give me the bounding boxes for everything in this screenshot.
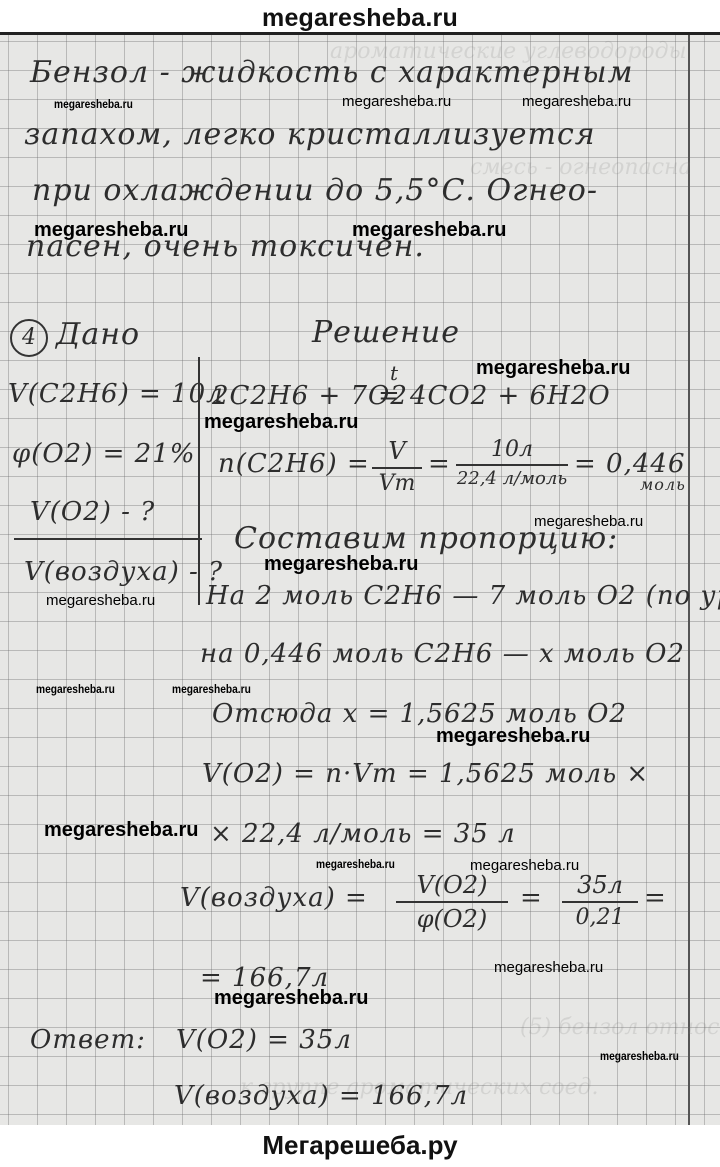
watermark: megaresheba.ru [316, 857, 395, 871]
fraction-numerator: 35л [562, 871, 638, 899]
watermark: megaresheba.ru [476, 357, 631, 380]
moles-formula-fraction: V Vm [372, 437, 422, 496]
watermark: megaresheba.ru [264, 553, 419, 576]
margin-line [688, 35, 690, 1125]
air-values-fraction: 35л 0,21 [562, 871, 638, 930]
task-number-badge: 4 [10, 319, 48, 357]
fraction-numerator: V [372, 437, 422, 465]
given-divider [14, 538, 202, 540]
given-volume-ethane: V(C2H6) = 10л [8, 379, 224, 409]
fraction-denominator: 22,4 л/моль [456, 468, 568, 489]
watermark: megaresheba.ru [342, 93, 451, 110]
oxygen-volume-line-1: V(O2) = n·Vm = 1,5625 моль × [202, 759, 649, 789]
fraction-bar [456, 464, 568, 466]
watermark: megaresheba.ru [522, 93, 631, 110]
watermark: megaresheba.ru [470, 857, 579, 874]
given-oxygen-fraction: φ(O2) = 21% [12, 439, 195, 469]
equation-sign: = [378, 381, 401, 411]
given-title: Дано [56, 317, 140, 352]
bleed-through-text: (5) бензол относится [520, 1015, 720, 1040]
watermark: megaresheba.ru [600, 1049, 679, 1063]
equals-sign: = [428, 449, 451, 479]
watermark: megaresheba.ru [352, 219, 507, 242]
air-formula-fraction: V(O2) φ(O2) [396, 871, 508, 933]
proportion-line-2: на 0,446 моль C2H6 — x моль O2 [200, 639, 685, 669]
answer-label: Ответ: [30, 1025, 146, 1055]
equals-sign: = [520, 883, 543, 913]
find-volume-air: V(воздуха) - ? [24, 557, 223, 587]
answer-air-volume: V(воздуха) = 166,7л [174, 1081, 468, 1111]
watermark: megaresheba.ru [46, 592, 155, 609]
oxygen-volume-line-2: × 22,4 л/моль = 35 л [210, 819, 516, 849]
solution-title: Решение [312, 315, 460, 350]
intro-line: при охлаждении до 5,5°С. Огнео- [32, 173, 598, 208]
moles-unit: моль [640, 475, 686, 494]
fraction-bar [396, 901, 508, 903]
moles-values-fraction: 10л 22,4 л/моль [456, 437, 568, 489]
fraction-denominator: 0,21 [562, 905, 638, 930]
watermark: megaresheba.ru [34, 219, 189, 242]
notebook-sheet: ароматические углеводороды смесь - огнео… [0, 32, 720, 1125]
watermark: megaresheba.ru [436, 725, 591, 748]
watermark: megaresheba.ru [494, 959, 603, 976]
watermark: megaresheba.ru [534, 513, 643, 530]
fraction-bar [372, 467, 422, 469]
fraction-denominator: Vm [372, 471, 422, 496]
equation-products: 4CO2 + 6H2O [410, 381, 611, 411]
answer-oxygen-volume: V(O2) = 35л [176, 1025, 352, 1055]
watermark: megaresheba.ru [36, 682, 115, 696]
site-footer: Мегарешеба.ру [0, 1124, 720, 1167]
moles-lhs: n(C2H6) = [218, 449, 370, 479]
watermark: megaresheba.ru [214, 987, 369, 1010]
watermark: megaresheba.ru [54, 97, 133, 111]
given-separator [198, 357, 200, 605]
fraction-bar [562, 901, 638, 903]
watermark: megaresheba.ru [44, 819, 199, 842]
intro-line: Бензол - жидкость с характерным [30, 55, 633, 90]
watermark: megaresheba.ru [172, 682, 251, 696]
equals-sign: = [644, 883, 667, 913]
fraction-numerator: 10л [456, 437, 568, 462]
fraction-denominator: φ(O2) [396, 905, 508, 933]
fraction-numerator: V(O2) [396, 871, 508, 899]
proportion-line-1: На 2 моль C2H6 — 7 моль O2 (по ур.) [206, 581, 720, 611]
watermark: megaresheba.ru [204, 411, 359, 434]
find-volume-oxygen: V(O2) - ? [30, 497, 155, 527]
air-volume-lhs: V(воздуха) = [180, 883, 368, 913]
site-header: megaresheba.ru [0, 0, 720, 36]
intro-line: запахом, легко кристаллизуется [24, 117, 596, 152]
